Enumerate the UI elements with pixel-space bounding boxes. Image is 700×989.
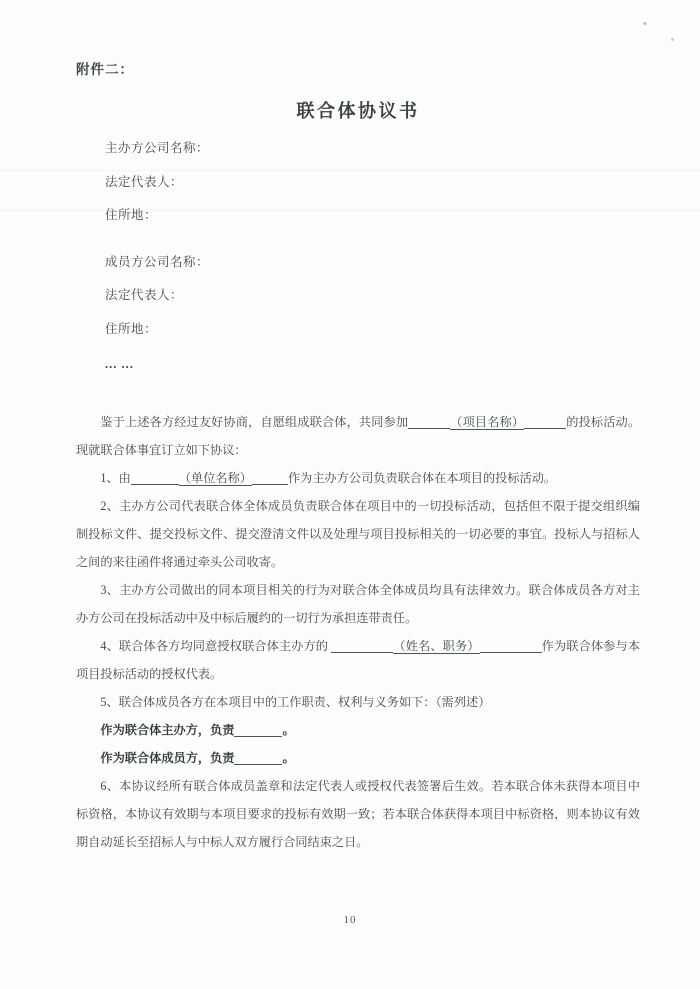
clause-5: 5、联合体成员各方在本项目中的工作职责、权利与义务如下：（需列述） [76, 688, 640, 716]
member-company-name-label: 成员方公司名称： [105, 246, 640, 280]
duty-member-line: 作为联合体成员方，负责。 [76, 744, 640, 772]
duty-host-line: 作为联合体主办方，负责。 [76, 716, 640, 744]
blank-underline-field [331, 639, 393, 653]
clause-4: 4、联合体各方均同意授权联合体主办方的 （姓名、职务）作为联合体参与本项目投标活… [76, 632, 640, 688]
host-company-name-label: 主办方公司名称： [105, 132, 640, 166]
duty-host-text: 作为联合体主办方，负责 [100, 723, 234, 737]
member-legal-representative-label: 法定代表人： [105, 279, 640, 313]
clause-3: 3、主办方公司做出的同本项目相关的行为对联合体全体成员均具有法律效力。联合体成员… [76, 576, 640, 632]
unit-name-placeholder: （单位名称） [179, 471, 252, 486]
blank-underline-field [234, 723, 282, 737]
clause-4-text-1: 4、联合体各方均同意授权联合体主办方的 [100, 639, 328, 653]
blank-underline-field [252, 471, 288, 485]
scan-artifact-line [0, 209, 700, 212]
clause-intro: 鉴于上述各方经过友好协商，自愿组成联合体，共同参加（项目名称）的投标活动。现就联… [76, 408, 640, 464]
clause-intro-text-1: 鉴于上述各方经过友好协商，自愿组成联合体，共同参加 [100, 415, 408, 429]
blank-underline-field [234, 751, 282, 765]
agreement-body: 鉴于上述各方经过友好协商，自愿组成联合体，共同参加（项目名称）的投标活动。现就联… [76, 408, 640, 856]
clause-1-text-2: 作为主办方公司负责联合体在本项目的投标活动。 [288, 471, 556, 485]
host-address-label: 住所地： [105, 199, 640, 233]
scan-artifact-line [0, 169, 700, 172]
blank-underline-field [524, 415, 566, 429]
name-title-placeholder: （姓名、职务） [393, 639, 479, 654]
scan-speck [643, 22, 647, 25]
parties-section: 主办方公司名称： 法定代表人： 住所地： 成员方公司名称： 法定代表人： 住所地… [105, 132, 640, 346]
member-party-block: 成员方公司名称： 法定代表人： 住所地： [105, 246, 640, 347]
clause-1-text-1: 1、由 [100, 471, 130, 485]
member-address-label: 住所地： [105, 313, 640, 347]
host-party-block: 主办方公司名称： 法定代表人： 住所地： [105, 132, 640, 233]
scanned-document-page: 附件二： 联合体协议书 主办方公司名称： 法定代表人： 住所地： 成员方公司名称… [0, 0, 700, 989]
page-number: 10 [0, 914, 700, 926]
document-title: 联合体协议书 [76, 99, 640, 124]
blank-underline-field [408, 415, 450, 429]
clause-6: 6、本协议经所有联合体成员盖章和法定代表人或授权代表签署后生效。若本联合体未获得… [76, 772, 640, 856]
ellipsis-placeholder: ... ... [105, 350, 640, 378]
attachment-label: 附件二： [76, 60, 640, 79]
scan-speck [671, 38, 674, 41]
duty-host-period: 。 [282, 723, 294, 737]
blank-underline-field [480, 639, 542, 653]
blank-underline-field [131, 471, 179, 485]
duty-member-text: 作为联合体成员方，负责 [100, 751, 234, 765]
clause-2: 2、主办方公司代表联合体全体成员负责联合体在项目中的一切投标活动，包括但不限于提… [76, 492, 640, 576]
duty-member-period: 。 [282, 751, 294, 765]
project-name-placeholder: （项目名称） [450, 415, 524, 430]
clause-1: 1、由（单位名称）作为主办方公司负责联合体在本项目的投标活动。 [76, 464, 640, 492]
